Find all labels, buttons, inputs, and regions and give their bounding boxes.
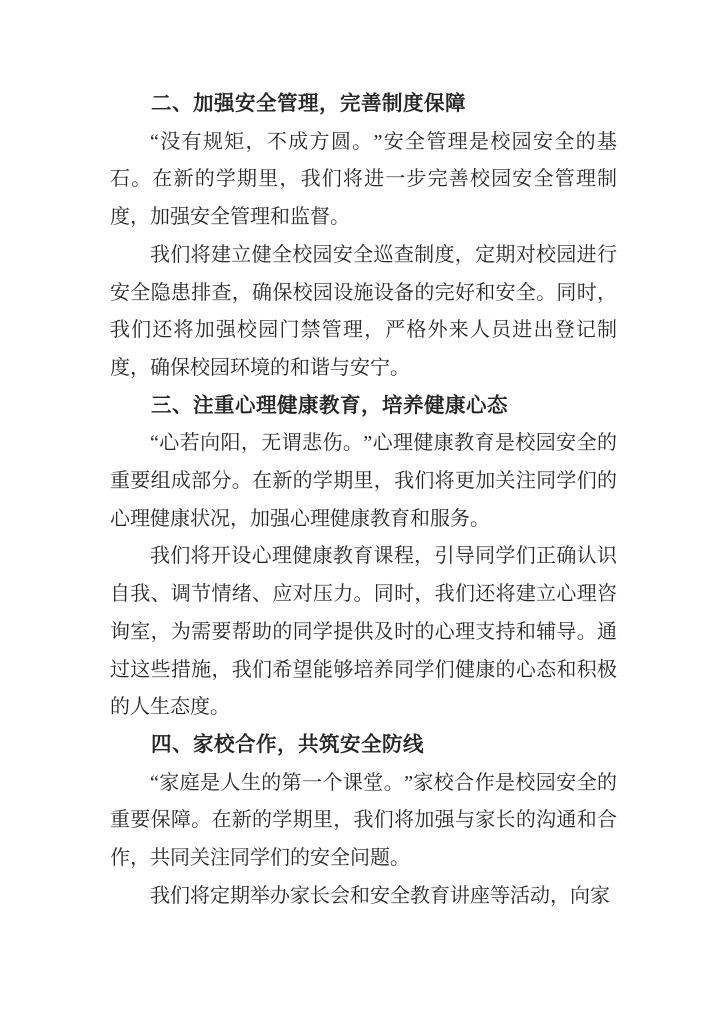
document-page: 二、加强安全管理，完善制度保障 “没有规矩，不成方圆。”安全管理是校园安全的基石… bbox=[0, 0, 724, 1024]
section-heading: 二、加强安全管理，完善制度保障 bbox=[110, 86, 617, 124]
paragraph: 我们将定期举办家长会和安全教育讲座等活动，向家 bbox=[110, 878, 617, 916]
section-heading: 四、家校合作，共筑安全防线 bbox=[110, 727, 617, 765]
section-safety-management: 二、加强安全管理，完善制度保障 “没有规矩，不成方圆。”安全管理是校园安全的基石… bbox=[110, 86, 617, 388]
paragraph: “没有规矩，不成方圆。”安全管理是校园安全的基石。在新的学期里，我们将进一步完善… bbox=[110, 124, 617, 237]
section-home-school-cooperation: 四、家校合作，共筑安全防线 “家庭是人生的第一个课堂。”家校合作是校园安全的重要… bbox=[110, 727, 617, 916]
paragraph: “心若向阳，无谓悲伤。”心理健康教育是校园安全的重要组成部分。在新的学期里，我们… bbox=[110, 425, 617, 538]
section-mental-health: 三、注重心理健康教育，培养健康心态 “心若向阳，无谓悲伤。”心理健康教育是校园安… bbox=[110, 388, 617, 727]
section-heading: 三、注重心理健康教育，培养健康心态 bbox=[110, 388, 617, 426]
paragraph: 我们将建立健全校园安全巡查制度，定期对校园进行安全隐患排查，确保校园设施设备的完… bbox=[110, 237, 617, 388]
paragraph: 我们将开设心理健康教育课程，引导同学们正确认识自我、调节情绪、应对压力。同时，我… bbox=[110, 538, 617, 727]
paragraph: “家庭是人生的第一个课堂。”家校合作是校园安全的重要保障。在新的学期里，我们将加… bbox=[110, 765, 617, 878]
